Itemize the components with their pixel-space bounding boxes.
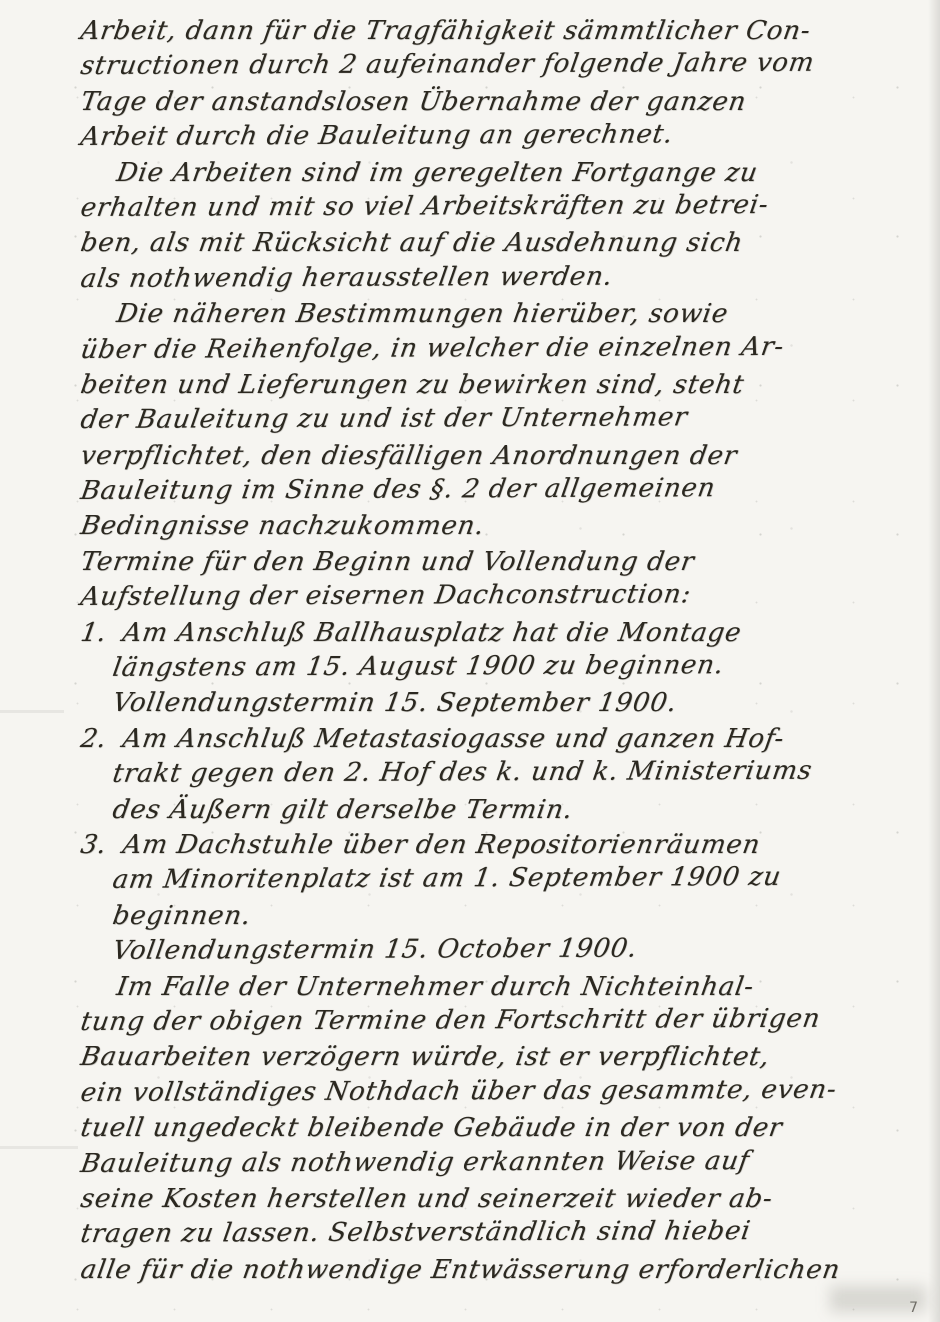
text-line: tung der obigen Termine den Fortschritt … <box>78 1001 896 1040</box>
text-line: Bauarbeiten verzögern würde, ist er verp… <box>78 1040 896 1075</box>
text-line: 3.Am Dachstuhle über den Repositorienräu… <box>78 828 896 863</box>
text-line: Die Arbeiten sind im geregelten Fortgang… <box>78 156 896 191</box>
paragraph: Die näheren Bestimmungen hierüber, sowie… <box>78 297 890 545</box>
text-line: beiten und Lieferungen zu bewirken sind,… <box>78 368 896 403</box>
list-item-text: Am Anschluß Metastasiogasse und ganzen H… <box>121 724 787 754</box>
text-line: trakt gegen den 2. Hof des k. und k. Min… <box>78 754 896 793</box>
text-line: der Bauleitung zu und ist der Unternehme… <box>78 400 896 439</box>
text-line: ein vollständiges Nothdach über das gesa… <box>78 1072 896 1111</box>
heading: Termine für den Beginn und Vollendung de… <box>78 545 890 616</box>
text-line: alle für die nothwendige Entwässerung er… <box>78 1253 896 1288</box>
text-line: am Minoritenplatz ist am 1. September 19… <box>78 860 896 899</box>
text-line: des Äußern gilt derselbe Termin. <box>78 793 896 828</box>
paragraph: Die Arbeiten sind im geregelten Fortgang… <box>78 156 890 298</box>
text-line: Bauleitung im Sinne des §. 2 der allgeme… <box>78 471 896 510</box>
text-line: 1.Am Anschluß Ballhausplatz hat die Mont… <box>78 616 896 651</box>
text-line: Die näheren Bestimmungen hierüber, sowie <box>78 297 896 332</box>
list-item: 3.Am Dachstuhle über den Repositorienräu… <box>78 828 890 970</box>
list-item: 1.Am Anschluß Ballhausplatz hat die Mont… <box>78 616 890 722</box>
text-line: Arbeit durch die Bauleitung an gerechnet… <box>78 117 896 156</box>
scanned-document-page: Arbeit, dann für die Tragfähigkeit sämmt… <box>0 0 940 1322</box>
scan-artifact-streak <box>0 710 64 713</box>
text-line: als nothwendig herausstellen werden. <box>78 258 896 297</box>
scan-artifact-streak <box>0 1146 78 1149</box>
text-line: Termine für den Beginn und Vollendung de… <box>78 545 896 580</box>
text-line: Arbeit, dann für die Tragfähigkeit sämmt… <box>78 14 896 49</box>
text-line: ben, als mit Rücksicht auf die Ausdehnun… <box>78 226 896 261</box>
handwritten-text-body: Arbeit, dann für die Tragfähigkeit sämmt… <box>78 14 890 1288</box>
list-marker: 2. <box>78 722 126 757</box>
text-line: Bauleitung als nothwendig erkannten Weis… <box>78 1143 896 1182</box>
text-line: Aufstellung der eisernen Dachconstructio… <box>78 577 896 616</box>
text-line: beginnen. <box>78 899 896 934</box>
text-line: über die Reihenfolge, in welcher die ein… <box>78 329 896 368</box>
page-number: 7 <box>909 1300 918 1316</box>
text-line: Vollendungstermin 15. September 1900. <box>78 686 896 721</box>
text-line: verpflichtet, den diesfälligen Anordnung… <box>78 439 896 474</box>
text-line: Vollendungstermin 15. October 1900. <box>78 931 896 970</box>
text-line: tragen zu lassen. Selbstverständlich sin… <box>78 1214 896 1253</box>
text-line: erhalten und mit so viel Arbeitskräften … <box>78 187 896 226</box>
text-line: 2.Am Anschluß Metastasiogasse und ganzen… <box>78 722 896 757</box>
text-line: längstens am 15. August 1900 zu beginnen… <box>78 647 896 686</box>
list-item: 2.Am Anschluß Metastasiogasse und ganzen… <box>78 722 890 828</box>
text-line: tuell ungedeckt bleibende Gebäude in der… <box>78 1111 896 1146</box>
text-line: Bedingnisse nachzukommen. <box>78 509 896 544</box>
text-line: seine Kosten herstellen und seinerzeit w… <box>78 1182 896 1217</box>
list-item-text: Am Anschluß Ballhausplatz hat die Montag… <box>121 618 744 648</box>
paragraph: Im Falle der Unternehmer durch Nichteinh… <box>78 970 890 1289</box>
text-line: Im Falle der Unternehmer durch Nichteinh… <box>78 970 896 1005</box>
list-item-text: Am Dachstuhle über den Repositorienräume… <box>121 830 763 860</box>
paragraph: Arbeit, dann für die Tragfähigkeit sämmt… <box>78 14 890 156</box>
text-line: structionen durch 2 aufeinander folgende… <box>78 46 896 85</box>
scan-edge-shadow <box>928 0 940 1322</box>
list-marker: 3. <box>78 828 126 863</box>
text-line: Tage der anstandslosen Übernahme der gan… <box>78 85 896 120</box>
list-marker: 1. <box>78 616 126 651</box>
